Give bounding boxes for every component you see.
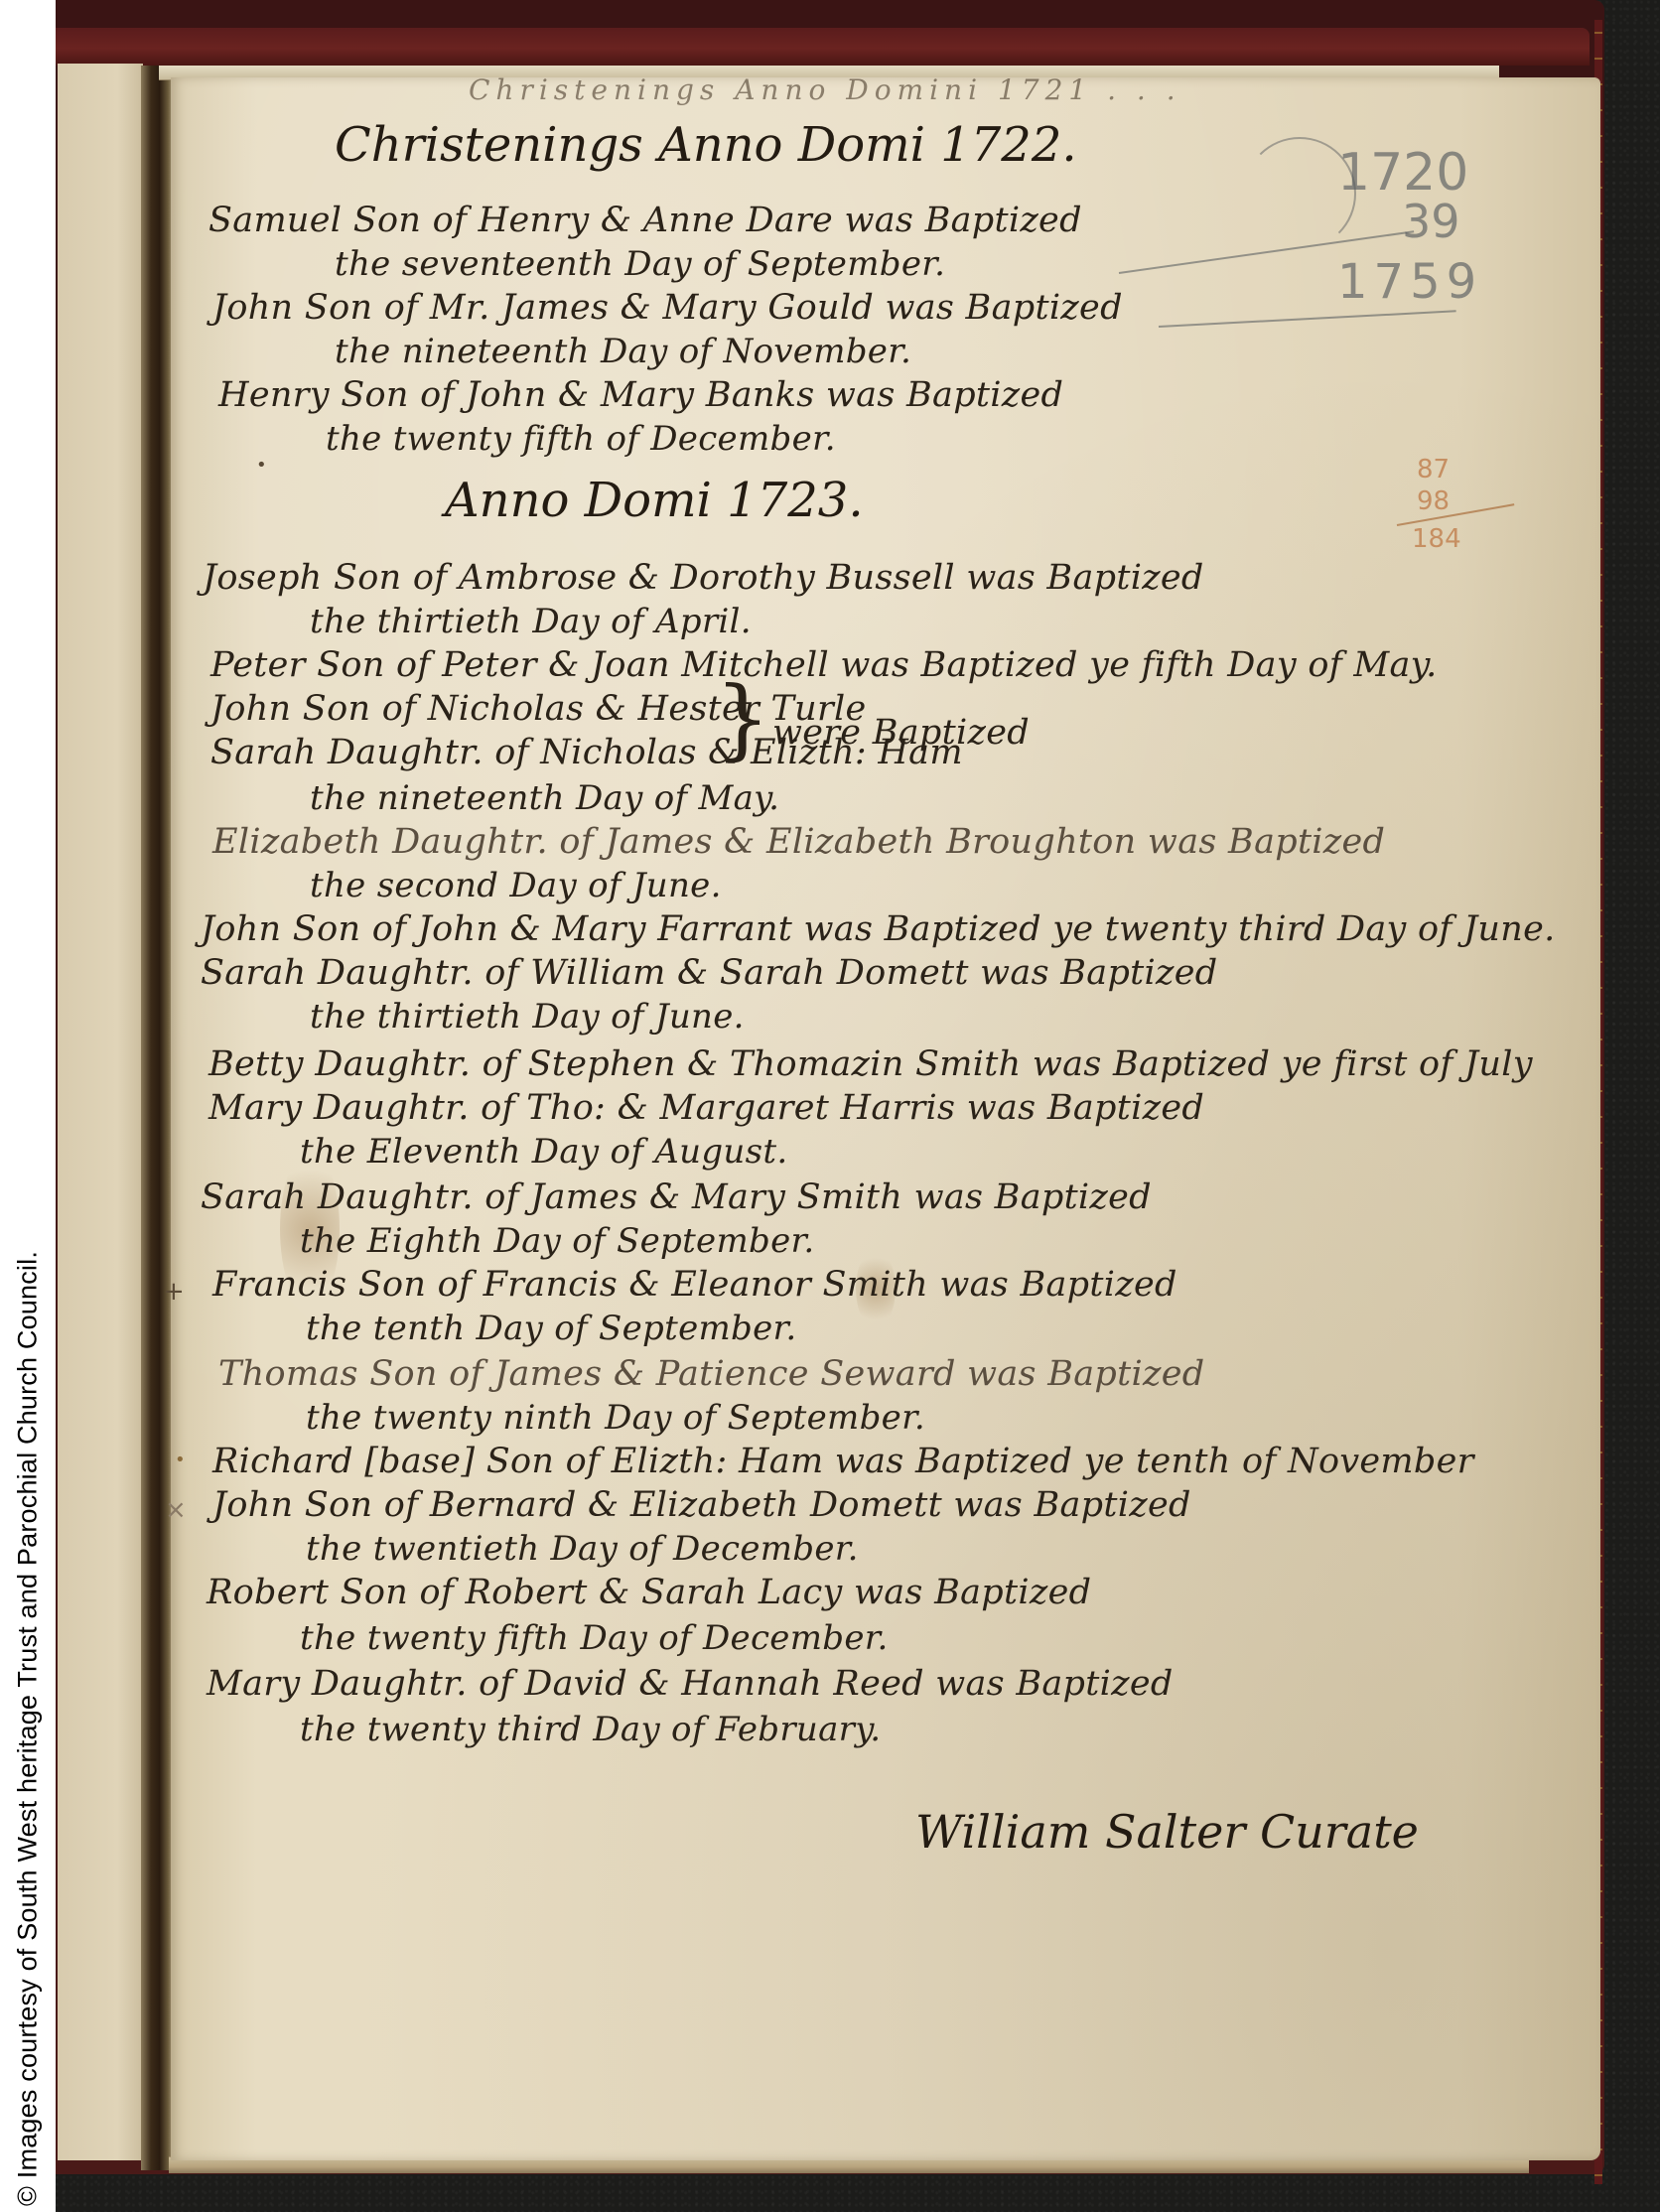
credit-strip: © Images courtesy of South West heritage… (0, 0, 56, 2212)
heading-1722: Christenings Anno Domi 1722. (335, 117, 1077, 173)
red-pencil-note: 87 (1417, 455, 1450, 484)
copyright-credit: © Images courtesy of South West heritage… (13, 1251, 44, 2206)
entry-date: the tenth Day of September. (306, 1309, 796, 1348)
entry-line: Joseph Son of Ambrose & Dorothy Bussell … (203, 558, 1204, 598)
entry-line: Elizabeth Daughtr. of James & Elizabeth … (212, 822, 1385, 862)
margin-x-mark: × (165, 1495, 187, 1525)
entry-line: Henry Son of John & Mary Banks was Bapti… (218, 375, 1063, 415)
left-flyleaf (58, 64, 143, 2160)
entry-line: Francis Son of Francis & Eleanor Smith w… (212, 1265, 1177, 1305)
red-pencil-note: 98 (1417, 486, 1450, 516)
curate-signature: William Salter Curate (915, 1805, 1419, 1859)
margin-cross-mark: + (163, 1277, 185, 1307)
entry-line: Sarah Daughtr. of William & Sarah Domett… (201, 953, 1218, 993)
entry-line: Thomas Son of James & Patience Seward wa… (218, 1354, 1204, 1394)
entry-line: John Son of Bernard & Elizabeth Domett w… (212, 1485, 1191, 1525)
entry-date: the nineteenth Day of November. (335, 332, 911, 371)
pencil-rule (1159, 310, 1456, 328)
bracket: } (715, 675, 770, 762)
red-pencil-note: 184 (1412, 524, 1461, 554)
entry-line: Mary Daughtr. of David & Hannah Reed was… (207, 1664, 1174, 1704)
entry-date: the Eleventh Day of August. (300, 1132, 787, 1172)
entry-line: John Son of John & Mary Farrant was Bapt… (201, 909, 1556, 949)
entry-date: the Eighth Day of September. (300, 1221, 814, 1261)
entry-date: the seventeenth Day of September. (335, 244, 945, 284)
pencil-note-year: 1720 (1337, 143, 1468, 203)
entry-line: Samuel Son of Henry & Anne Dare was Bapt… (208, 201, 1082, 240)
heading-1723: Anno Domi 1723. (445, 473, 864, 528)
register-page: Christenings Anno Domini 1721 . . . Chri… (171, 77, 1600, 2160)
entry-date: the thirtieth Day of April. (310, 602, 752, 641)
entry-date: the thirtieth Day of June. (310, 997, 745, 1037)
red-pencil-rule (1397, 503, 1515, 526)
binding-gutter (141, 66, 175, 2170)
pencil-note-count: 39 (1402, 195, 1460, 248)
bleed-through-text: Christenings Anno Domini 1721 . . . (469, 73, 1181, 106)
entry-line: Richard [base] Son of Elizth: Ham was Ba… (212, 1442, 1474, 1481)
entry-line: Betty Daughtr. of Stephen & Thomazin Smi… (208, 1044, 1533, 1084)
entry-line: Mary Daughtr. of Tho: & Margaret Harris … (208, 1088, 1204, 1128)
entry-date: the second Day of June. (310, 866, 722, 905)
entry-date: the nineteenth Day of May. (310, 778, 779, 818)
entry-date: the twentieth Day of December. (306, 1529, 859, 1569)
entry-date: the twenty fifth Day of December. (300, 1618, 889, 1658)
entry-date: the twenty fifth of December. (326, 419, 836, 459)
entry-date: the twenty third Day of February. (300, 1710, 881, 1749)
entry-line: Peter Son of Peter & Joan Mitchell was B… (210, 645, 1438, 685)
margin-dot: • (256, 455, 267, 476)
entry-line: Sarah Daughtr. of James & Mary Smith was… (201, 1177, 1152, 1217)
entry-date: the twenty ninth Day of September. (306, 1398, 925, 1438)
entry-line: John Son of Mr. James & Mary Gould was B… (212, 288, 1123, 328)
entry-line: Robert Son of Robert & Sarah Lacy was Ba… (207, 1573, 1091, 1612)
book-cover-top-edge (56, 28, 1590, 66)
margin-dot: • (175, 1450, 186, 1470)
document-scan: © Images courtesy of South West heritage… (0, 0, 1660, 2212)
pencil-note-total: 1759 (1337, 254, 1482, 310)
bracket-note: were Baptized (772, 713, 1030, 753)
